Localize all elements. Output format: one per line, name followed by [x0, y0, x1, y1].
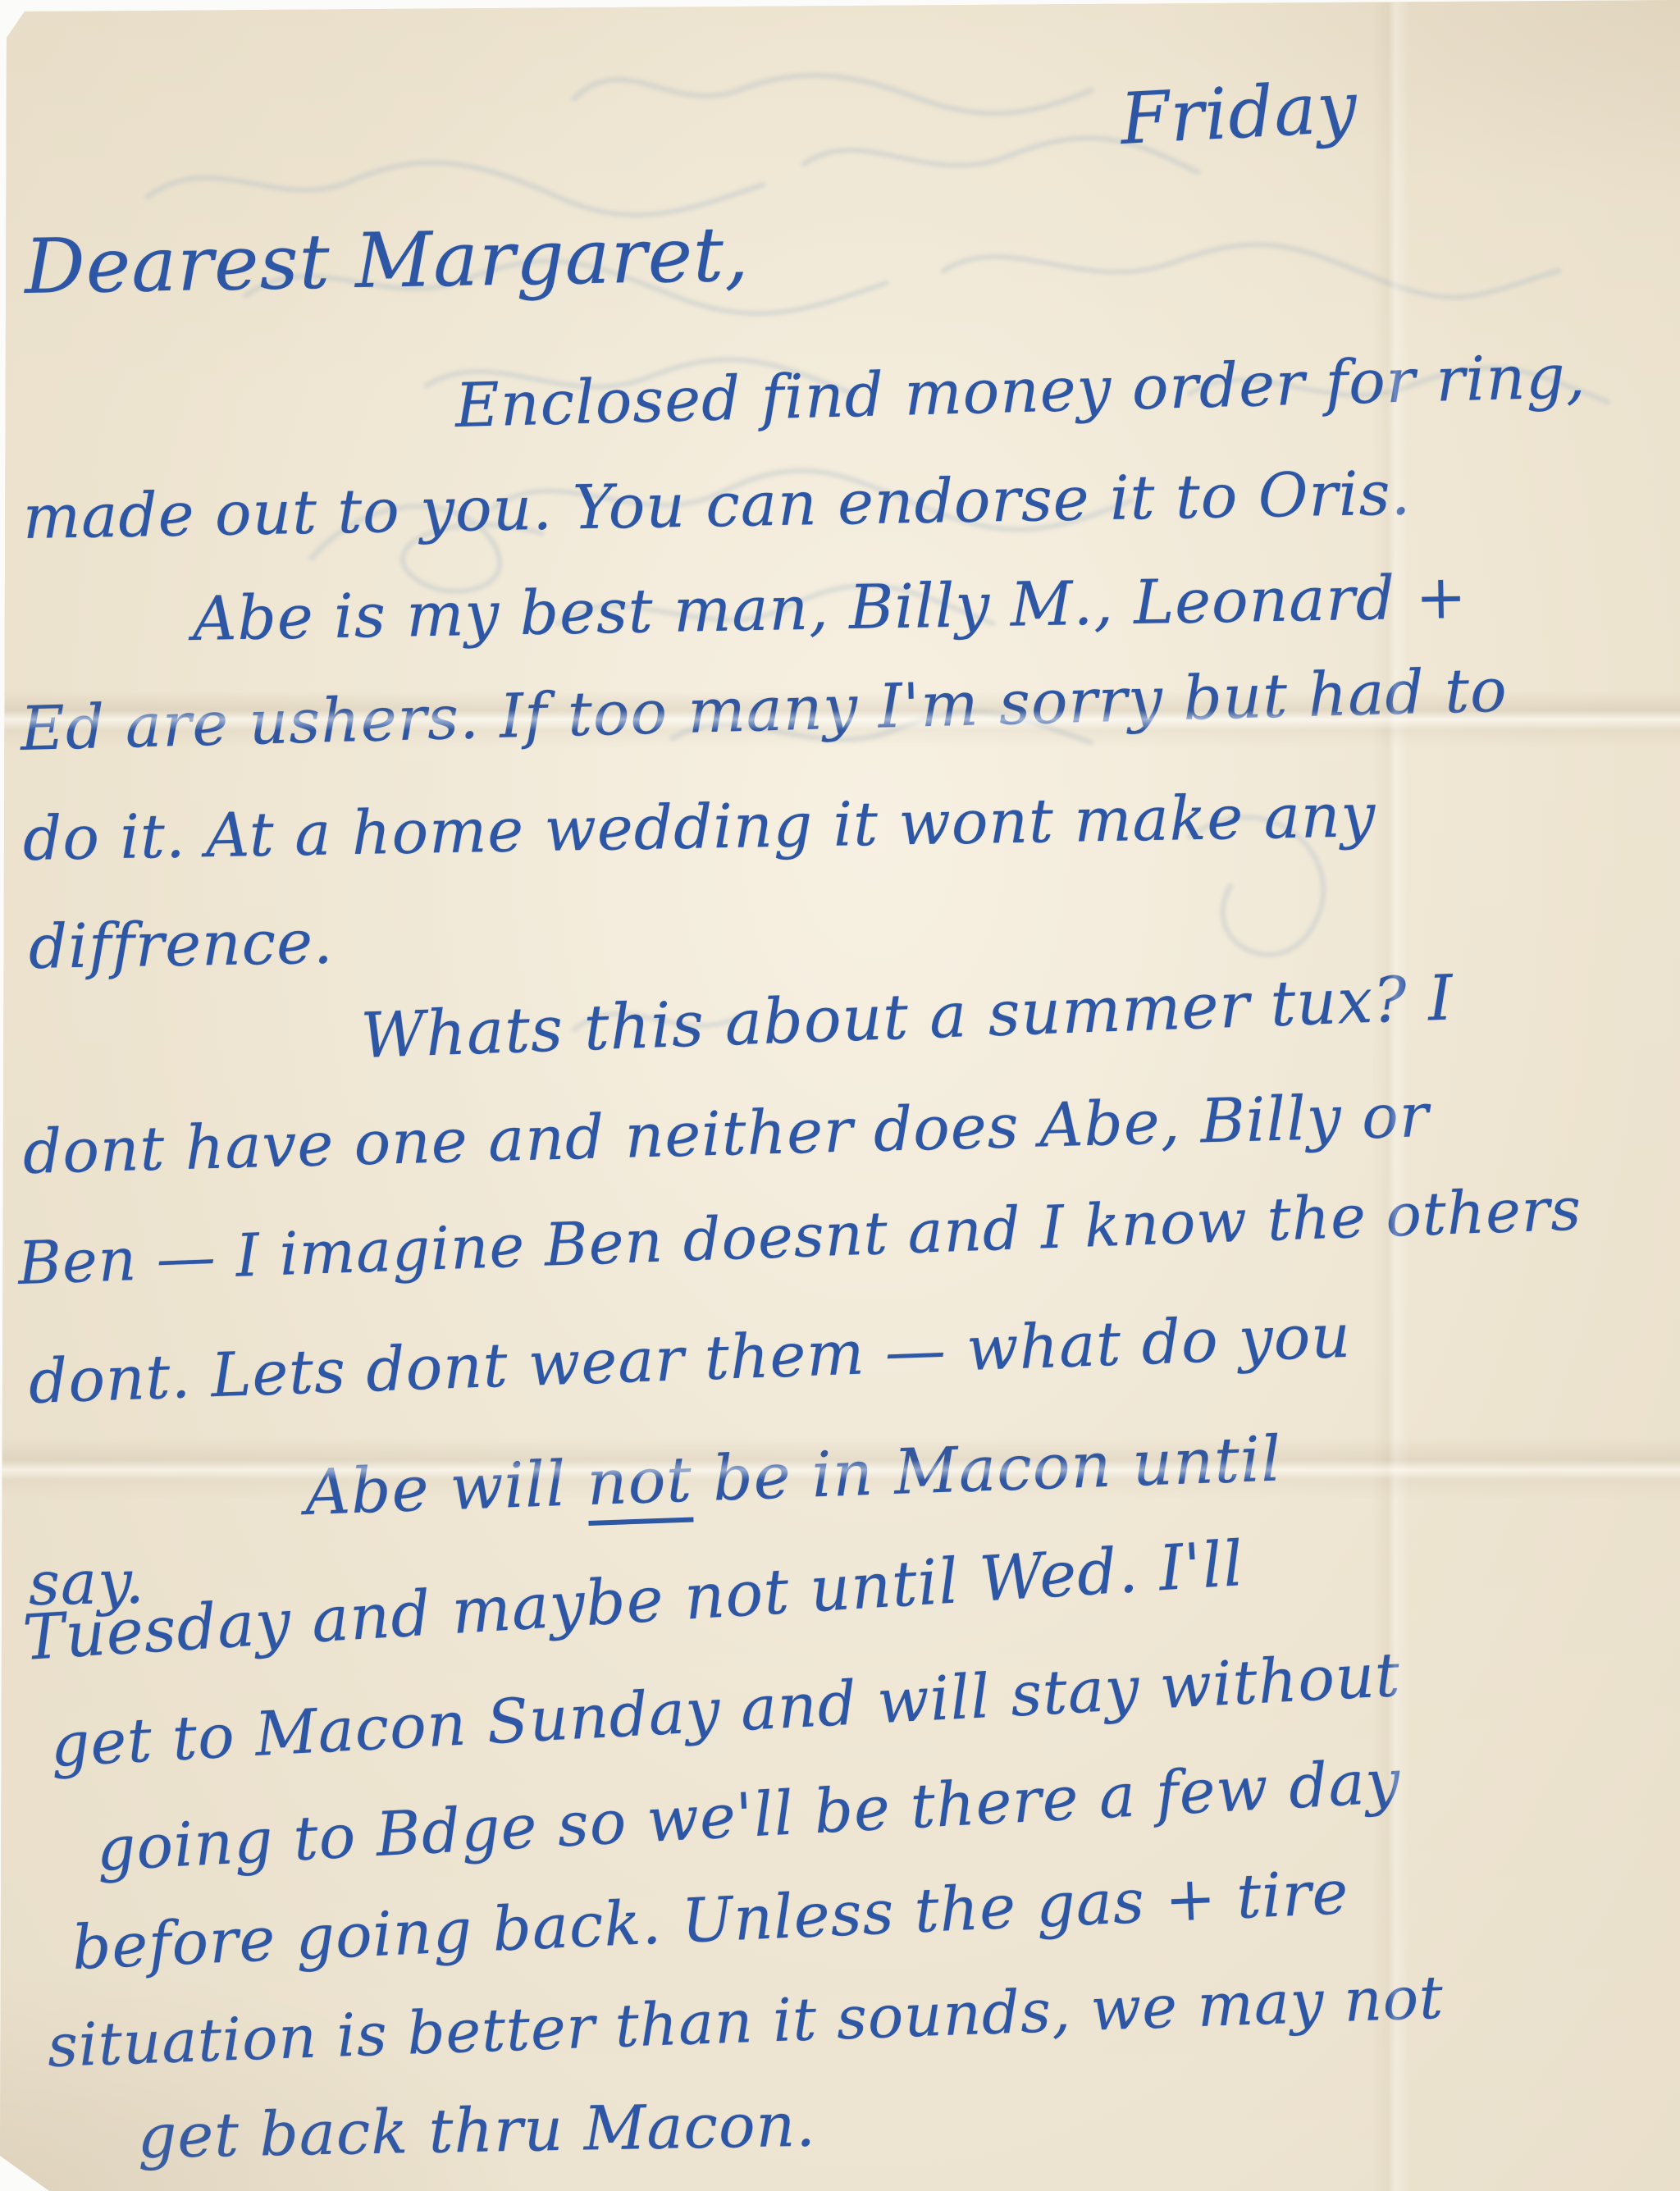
handwritten-line: dont. Lets dont wear them — what do you [27, 1301, 1352, 1417]
handwritten-line: Tuesday and maybe not until Wed. I'll [21, 1527, 1245, 1674]
handwritten-line: do it. At a home wedding it wont make an… [22, 780, 1376, 874]
handwritten-line: Ben — I imagine Ben doesnt and I know th… [17, 1174, 1583, 1298]
salutation: Dearest Margaret, [24, 211, 750, 311]
line-segment: be in Macon until [691, 1422, 1283, 1515]
handwritten-line-emphasis: Abe will not be in Macon until [304, 1422, 1282, 1529]
date-line: Friday [1118, 66, 1359, 161]
handwritten-line: get back thru Macon. [137, 2090, 816, 2172]
scanned-letter: { "document_type": "handwritten-letter",… [0, 0, 1680, 2191]
handwritten-line: Ed are ushers. If too many I'm sorry but… [20, 655, 1509, 765]
handwritten-line: situation is better than it sounds, we m… [47, 1963, 1445, 2080]
letter-paper: Friday Dearest Margaret, Enclosed find m… [0, 0, 1680, 2191]
handwritten-line: Whats this about a summer tux? I [359, 961, 1454, 1072]
handwritten-line: made out to you. You can endorse it to O… [22, 458, 1411, 553]
handwritten-line: Abe is my best man, Billy M., Leonard + [192, 562, 1468, 655]
line-segment: Abe will [304, 1446, 588, 1529]
handwritten-line: diffrence. [28, 907, 334, 983]
underlined-word: not [586, 1443, 694, 1526]
handwritten-line: Enclosed find money order for ring, [454, 341, 1586, 441]
handwritten-line: dont have one and neither does Abe, Bill… [22, 1080, 1430, 1188]
